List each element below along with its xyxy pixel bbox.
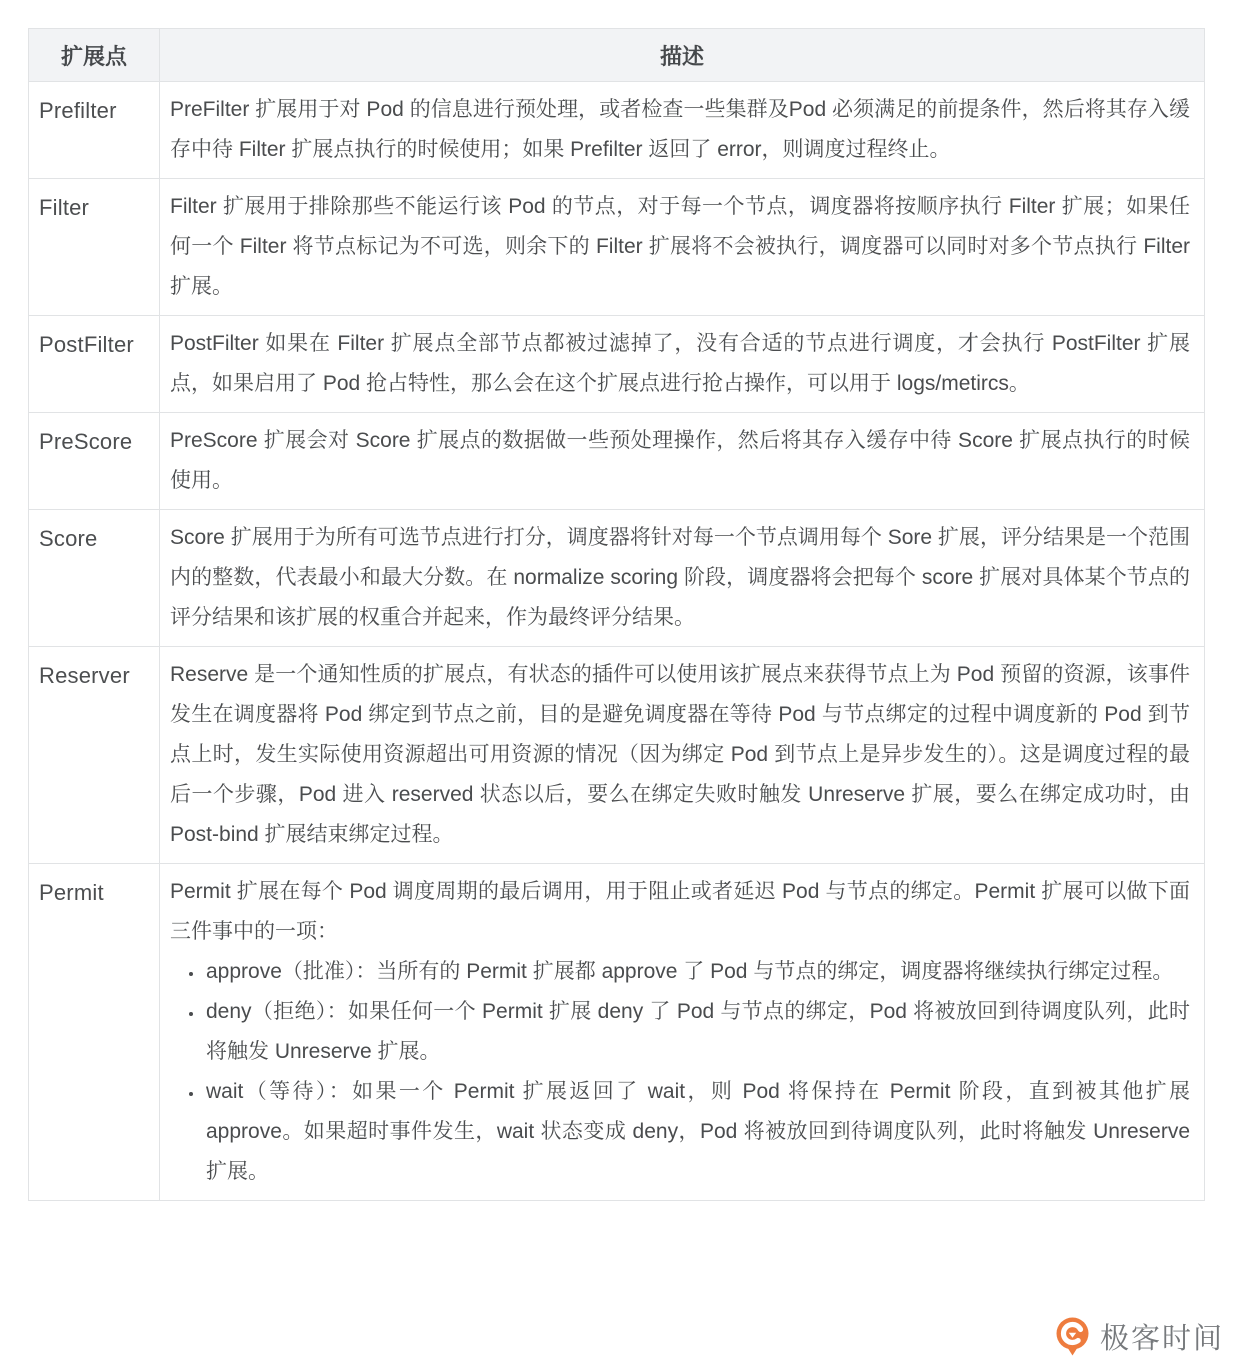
extension-points-table: 扩展点 描述 Prefilter PreFilter 扩展用于对 Pod 的信息… — [28, 28, 1205, 1201]
desc-reserver: Reserve 是一个通知性质的扩展点，有状态的插件可以使用该扩展点来获得节点上… — [160, 647, 1205, 864]
term-permit: Permit — [29, 864, 160, 1201]
table-header-row: 扩展点 描述 — [29, 29, 1205, 82]
term-prescore: PreScore — [29, 413, 160, 510]
header-description: 描述 — [160, 29, 1205, 82]
desc-prescore: PreScore 扩展会对 Score 扩展点的数据做一些预处理操作，然后将其存… — [160, 413, 1205, 510]
geektime-logo-icon — [1054, 1316, 1091, 1357]
geektime-watermark: 极客时间 — [1054, 1316, 1224, 1357]
table-row: Permit Permit 扩展在每个 Pod 调度周期的最后调用，用于阻止或者… — [29, 864, 1205, 1201]
permit-option-wait: wait（等待）：如果一个 Permit 扩展返回了 wait，则 Pod 将保… — [204, 1072, 1190, 1192]
term-reserver: Reserver — [29, 647, 160, 864]
desc-postfilter: PostFilter 如果在 Filter 扩展点全部节点都被过滤掉了，没有合适… — [160, 316, 1205, 413]
permit-option-approve: approve（批准）：当所有的 Permit 扩展都 approve 了 Po… — [204, 952, 1190, 992]
page: 扩展点 描述 Prefilter PreFilter 扩展用于对 Pod 的信息… — [0, 0, 1238, 1368]
table-row: Filter Filter 扩展用于排除那些不能运行该 Pod 的节点，对于每一… — [29, 179, 1205, 316]
permit-intro: Permit 扩展在每个 Pod 调度周期的最后调用，用于阻止或者延迟 Pod … — [170, 872, 1190, 952]
desc-filter: Filter 扩展用于排除那些不能运行该 Pod 的节点，对于每一个节点，调度器… — [160, 179, 1205, 316]
permit-options-list: approve（批准）：当所有的 Permit 扩展都 approve 了 Po… — [170, 952, 1190, 1192]
table-row: Score Score 扩展用于为所有可选节点进行打分，调度器将针对每一个节点调… — [29, 510, 1205, 647]
table-row: PostFilter PostFilter 如果在 Filter 扩展点全部节点… — [29, 316, 1205, 413]
header-extension-point: 扩展点 — [29, 29, 160, 82]
term-filter: Filter — [29, 179, 160, 316]
table-row: Reserver Reserve 是一个通知性质的扩展点，有状态的插件可以使用该… — [29, 647, 1205, 864]
desc-prefilter: PreFilter 扩展用于对 Pod 的信息进行预处理，或者检查一些集群及Po… — [160, 82, 1205, 179]
term-score: Score — [29, 510, 160, 647]
desc-permit: Permit 扩展在每个 Pod 调度周期的最后调用，用于阻止或者延迟 Pod … — [160, 864, 1205, 1201]
permit-option-deny: deny（拒绝）：如果任何一个 Permit 扩展 deny 了 Pod 与节点… — [204, 992, 1190, 1072]
table-row: Prefilter PreFilter 扩展用于对 Pod 的信息进行预处理，或… — [29, 82, 1205, 179]
term-prefilter: Prefilter — [29, 82, 160, 179]
term-postfilter: PostFilter — [29, 316, 160, 413]
desc-score: Score 扩展用于为所有可选节点进行打分，调度器将针对每一个节点调用每个 So… — [160, 510, 1205, 647]
table-row: PreScore PreScore 扩展会对 Score 扩展点的数据做一些预处… — [29, 413, 1205, 510]
geektime-logo-text: 极客时间 — [1100, 1316, 1224, 1357]
